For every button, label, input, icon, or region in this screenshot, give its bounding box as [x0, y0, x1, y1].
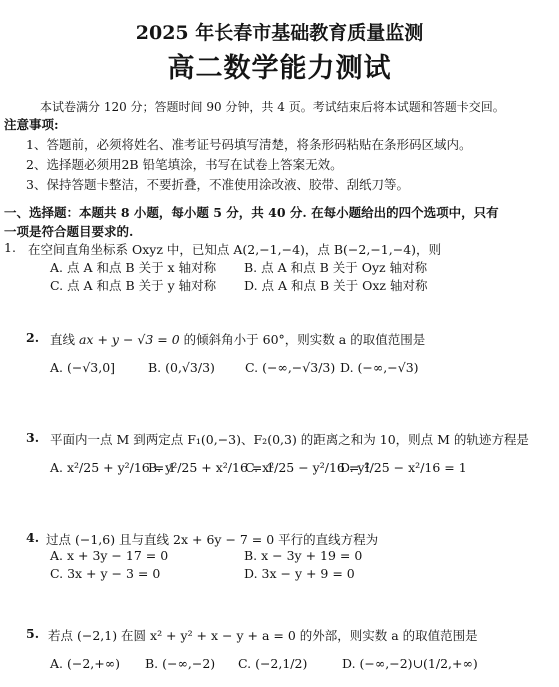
exam-title: 高二数学能力测试 — [0, 46, 559, 85]
question-number: 1. — [4, 240, 16, 255]
notice-item-2: 2、选择题必须用2B 铅笔填涂，书写在试卷上答案无效。 — [26, 155, 343, 173]
option-a: A. (−√3,0] — [50, 360, 115, 375]
option-d: D. 点 A 和点 B 关于 Oxz 轴对称 — [244, 276, 427, 294]
question-number: 3. — [26, 430, 39, 445]
question-stem: 直线 ax + y − √3 = 0 的倾斜角小于 60°，则实数 a 的取值范… — [50, 330, 425, 348]
option-c: C. (−2,1/2) — [238, 656, 307, 671]
question-number: 4. — [26, 530, 39, 545]
option-d: D. y²/25 − x²/16 = 1 — [340, 460, 467, 475]
option-b: B. (0,√3/3) — [148, 360, 215, 375]
section-heading-line1: 一、选择题：本题共 8 小题，每小题 5 分，共 40 分. 在每小题给出的四个… — [4, 203, 499, 221]
option-c: C. 点 A 和点 B 关于 y 轴对称 — [50, 276, 216, 294]
option-b: B. 点 A 和点 B 关于 Oyz 轴对称 — [244, 258, 427, 276]
option-a: A. (−2,+∞) — [50, 656, 120, 671]
section-heading-line2: 一项是符合题目要求的. — [4, 222, 133, 240]
notice-item-3: 3、保持答题卡整洁，不要折叠，不准使用涂改液、胶带、刮纸刀等。 — [26, 175, 409, 193]
option-b: B. x − 3y + 19 = 0 — [244, 548, 362, 563]
question-stem: 过点 (−1,6) 且与直线 2x + 6y − 7 = 0 平行的直线方程为 — [46, 530, 378, 548]
option-a: A. 点 A 和点 B 关于 x 轴对称 — [50, 258, 216, 276]
option-d: D. 3x − y + 9 = 0 — [244, 566, 355, 581]
notice-item-1: 1、答题前，必须将姓名、准考证号码填写清楚，将条形码粘贴在条形码区域内。 — [26, 135, 471, 153]
stem-pre: 直线 — [50, 332, 79, 347]
question-number: 2. — [26, 330, 39, 345]
stem-equation: ax + y − √3 = 0 — [79, 332, 180, 347]
notice-heading: 注意事项: — [4, 115, 59, 133]
option-d: D. (−∞,−2)∪(1/2,+∞) — [342, 656, 478, 671]
question-number: 5. — [26, 626, 39, 641]
option-b: B. (−∞,−2) — [145, 656, 215, 671]
question-stem: 平面内一点 M 到两定点 F₁(0,−3)、F₂(0,3) 的距离之和为 10，… — [50, 430, 529, 448]
option-a: A. x + 3y − 17 = 0 — [50, 548, 168, 563]
question-stem: 若点 (−2,1) 在圆 x² + y² + x − y + a = 0 的外部… — [48, 626, 478, 644]
option-c: C. 3x + y − 3 = 0 — [50, 566, 160, 581]
question-stem: 在空间直角坐标系 Oxyz 中，已知点 A(2,−1,−4)，点 B(−2,−1… — [28, 240, 441, 258]
stem-post: 的倾斜角小于 60°，则实数 a 的取值范围是 — [180, 332, 426, 347]
exam-subtitle: 2025 年长春市基础教育质量监测 — [0, 18, 559, 45]
exam-intro: 本试卷满分 120 分；答题时间 90 分钟，共 4 页。考试结束后将本试题和答… — [40, 98, 505, 115]
option-d: D. (−∞,−√3) — [340, 360, 419, 375]
option-c: C. (−∞,−√3/3) — [245, 360, 335, 375]
